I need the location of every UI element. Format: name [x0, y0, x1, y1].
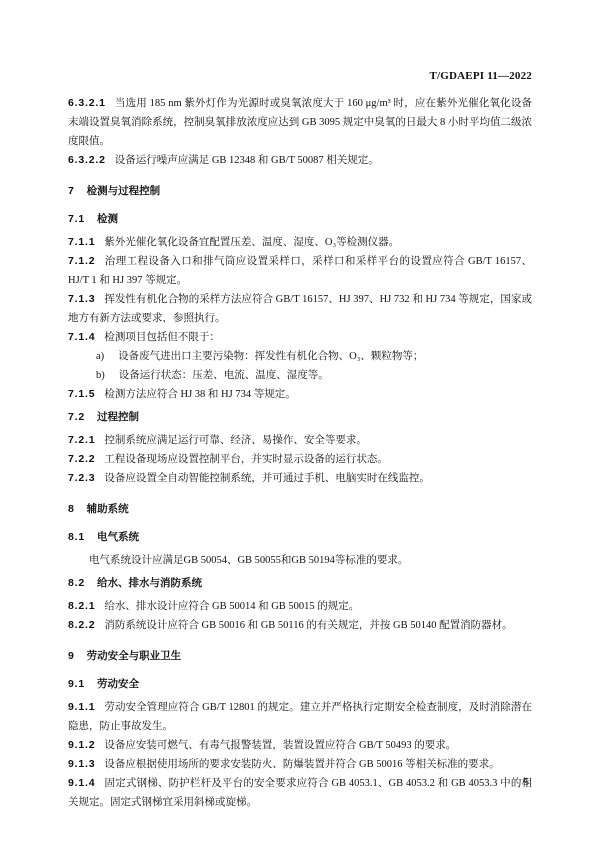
section-title: 劳动安全与职业卫生: [87, 650, 182, 662]
section-title: 电气系统: [97, 531, 139, 543]
section-number: 9.1: [68, 678, 85, 690]
clause-text: 工程设备现场应设置控制平台，并实时显示设备的运行状态。: [104, 454, 388, 465]
clause-712: 7.1.2治理工程设备入口和排气筒应设置采样口，采样口和采样平台的设置应符合 G…: [68, 252, 532, 290]
list-item-a: a)设备废气进出口主要污染物：挥发性有机化合物、O₃、颗粒物等；: [68, 347, 532, 366]
clause-text: 设备应根据使用场所的要求安装防火、防爆装置并符合 GB 50016 等相关标准的…: [104, 759, 499, 770]
clause-text: 治理工程设备入口和排气筒应设置采样口，采样口和采样平台的设置应符合 GB/T 1…: [68, 256, 532, 286]
clause-text: 控制系统应满足运行可靠、经济、易操作、安全等要求。: [104, 435, 367, 446]
clause-text: 设备应设置全自动智能控制系统，并可通过手机、电脑实时在线监控。: [104, 473, 430, 484]
clause-number: 8.2.2: [68, 619, 95, 631]
section-title: 检测: [97, 213, 118, 225]
list-marker: b): [96, 370, 105, 381]
clause-number: 7.1.3: [68, 293, 95, 305]
clause-text: 设备运行噪声应满足 GB 12348 和 GB/T 50087 相关规定。: [115, 155, 379, 166]
paragraph-electrical: 电气系统设计应满足GB 50054、GB 50055和GB 50194等标准的要…: [68, 551, 532, 570]
clause-text: 挥发性有机化合物的采样方法应符合 GB/T 16157、HJ 397、HJ 73…: [68, 294, 532, 324]
section-heading-9: 9劳动安全与职业卫生: [68, 647, 532, 666]
clause-723: 7.2.3设备应设置全自动智能控制系统，并可通过手机、电脑实时在线监控。: [68, 469, 532, 488]
section-number: 7.1: [68, 213, 85, 225]
subsection-heading-7-2: 7.2过程控制: [68, 408, 532, 427]
clause-912: 9.1.2设备应安装可燃气、有毒气报警装置，装置设置应符合 GB/T 50493…: [68, 736, 532, 755]
clause-number: 7.1.2: [68, 255, 95, 267]
clause-number: 9.1.4: [68, 777, 95, 789]
clause-text: 检测项目包括但不限于：: [104, 332, 220, 343]
list-marker: a): [96, 351, 104, 362]
clause-number: 9.1.2: [68, 739, 95, 751]
clause-number: 6.3.2.2: [68, 154, 106, 166]
section-heading-8: 8辅助系统: [68, 500, 532, 519]
clause-number: 9.1.1: [68, 701, 95, 713]
clause-number: 9.1.3: [68, 758, 95, 770]
subsection-heading-8-2: 8.2给水、排水与消防系统: [68, 574, 532, 593]
clause-914: 9.1.4固定式钢梯、防护栏杆及平台的安全要求应符合 GB 4053.1、GB …: [68, 774, 532, 812]
clause-715: 7.1.5检测方法应符合 HJ 38 和 HJ 734 等规定。: [68, 385, 532, 404]
clause-number: 7.2.3: [68, 472, 95, 484]
document-header-code: T/GDAEPI 11—2022: [68, 70, 532, 82]
clause-822: 8.2.2消防系统设计应符合 GB 50016 和 GB 50116 的有关规定…: [68, 616, 532, 635]
list-item-text: 设备废气进出口主要污染物：挥发性有机化合物、O₃、颗粒物等；: [118, 351, 423, 362]
clause-913: 9.1.3设备应根据使用场所的要求安装防火、防爆装置并符合 GB 50016 等…: [68, 755, 532, 774]
clause-711: 7.1.1紫外光催化氧化设备宜配置压差、温度、湿度、O₃等检测仪器。: [68, 233, 532, 252]
clause-text: 设备应安装可燃气、有毒气报警装置，装置设置应符合 GB/T 50493 的要求。: [104, 740, 456, 751]
clause-text: 当选用 185 nm 紫外灯作为光源时或臭氧浓度大于 160 μg/m³ 时，应…: [68, 98, 532, 147]
section-number: 8.2: [68, 577, 85, 589]
clause-text: 给水、排水设计应符合 GB 50014 和 GB 50015 的规定。: [104, 601, 359, 612]
section-number: 9: [68, 650, 75, 662]
list-item-b: b)设备运行状态：压差、电流、温度、湿度等。: [68, 366, 532, 385]
clause-text: 消防系统设计应符合 GB 50016 和 GB 50116 的有关规定，并按 G…: [104, 620, 512, 631]
clause-6321: 6.3.2.1当选用 185 nm 紫外灯作为光源时或臭氧浓度大于 160 μg…: [68, 94, 532, 151]
section-title: 过程控制: [97, 411, 139, 423]
section-title: 检测与过程控制: [87, 185, 161, 197]
clause-713: 7.1.3挥发性有机化合物的采样方法应符合 GB/T 16157、HJ 397、…: [68, 290, 532, 328]
clause-text: 检测方法应符合 HJ 38 和 HJ 734 等规定。: [104, 389, 295, 400]
section-number: 7.2: [68, 411, 85, 423]
clause-911: 9.1.1劳动安全管理应符合 GB/T 12801 的规定。建立并严格执行定期安…: [68, 698, 532, 736]
clause-714: 7.1.4检测项目包括但不限于：: [68, 328, 532, 347]
section-title: 劳动安全: [97, 678, 139, 690]
clause-number: 7.1.5: [68, 388, 95, 400]
section-title: 辅助系统: [87, 503, 129, 515]
clause-number: 7.1.4: [68, 331, 95, 343]
clause-number: 6.3.2.1: [68, 97, 106, 109]
subsection-heading-7-1: 7.1检测: [68, 210, 532, 229]
section-heading-7: 7检测与过程控制: [68, 182, 532, 201]
clause-722: 7.2.2工程设备现场应设置控制平台，并实时显示设备的运行状态。: [68, 450, 532, 469]
subsection-heading-8-1: 8.1电气系统: [68, 528, 532, 547]
document-page: T/GDAEPI 11—2022 6.3.2.1当选用 185 nm 紫外灯作为…: [0, 0, 600, 848]
clause-6322: 6.3.2.2设备运行噪声应满足 GB 12348 和 GB/T 50087 相…: [68, 151, 532, 170]
section-number: 7: [68, 185, 75, 197]
subsection-heading-9-1: 9.1劳动安全: [68, 675, 532, 694]
section-number: 8.1: [68, 531, 85, 543]
clause-text: 紫外光催化氧化设备宜配置压差、温度、湿度、O₃等检测仪器。: [104, 237, 399, 248]
section-title: 给水、排水与消防系统: [97, 577, 202, 589]
list-item-text: 设备运行状态：压差、电流、温度、湿度等。: [119, 370, 329, 381]
clause-number: 7.2.2: [68, 453, 95, 465]
clause-text: 固定式钢梯、防护栏杆及平台的安全要求应符合 GB 4053.1、GB 4053.…: [68, 778, 532, 808]
clause-number: 7.1.1: [68, 236, 95, 248]
clause-number: 8.2.1: [68, 600, 95, 612]
page-number: 5: [524, 776, 530, 788]
clause-text: 劳动安全管理应符合 GB/T 12801 的规定。建立并严格执行定期安全检查制度…: [68, 702, 532, 732]
clause-number: 7.2.1: [68, 434, 95, 446]
clause-721: 7.2.1控制系统应满足运行可靠、经济、易操作、安全等要求。: [68, 431, 532, 450]
clause-821: 8.2.1给水、排水设计应符合 GB 50014 和 GB 50015 的规定。: [68, 597, 532, 616]
section-number: 8: [68, 503, 75, 515]
